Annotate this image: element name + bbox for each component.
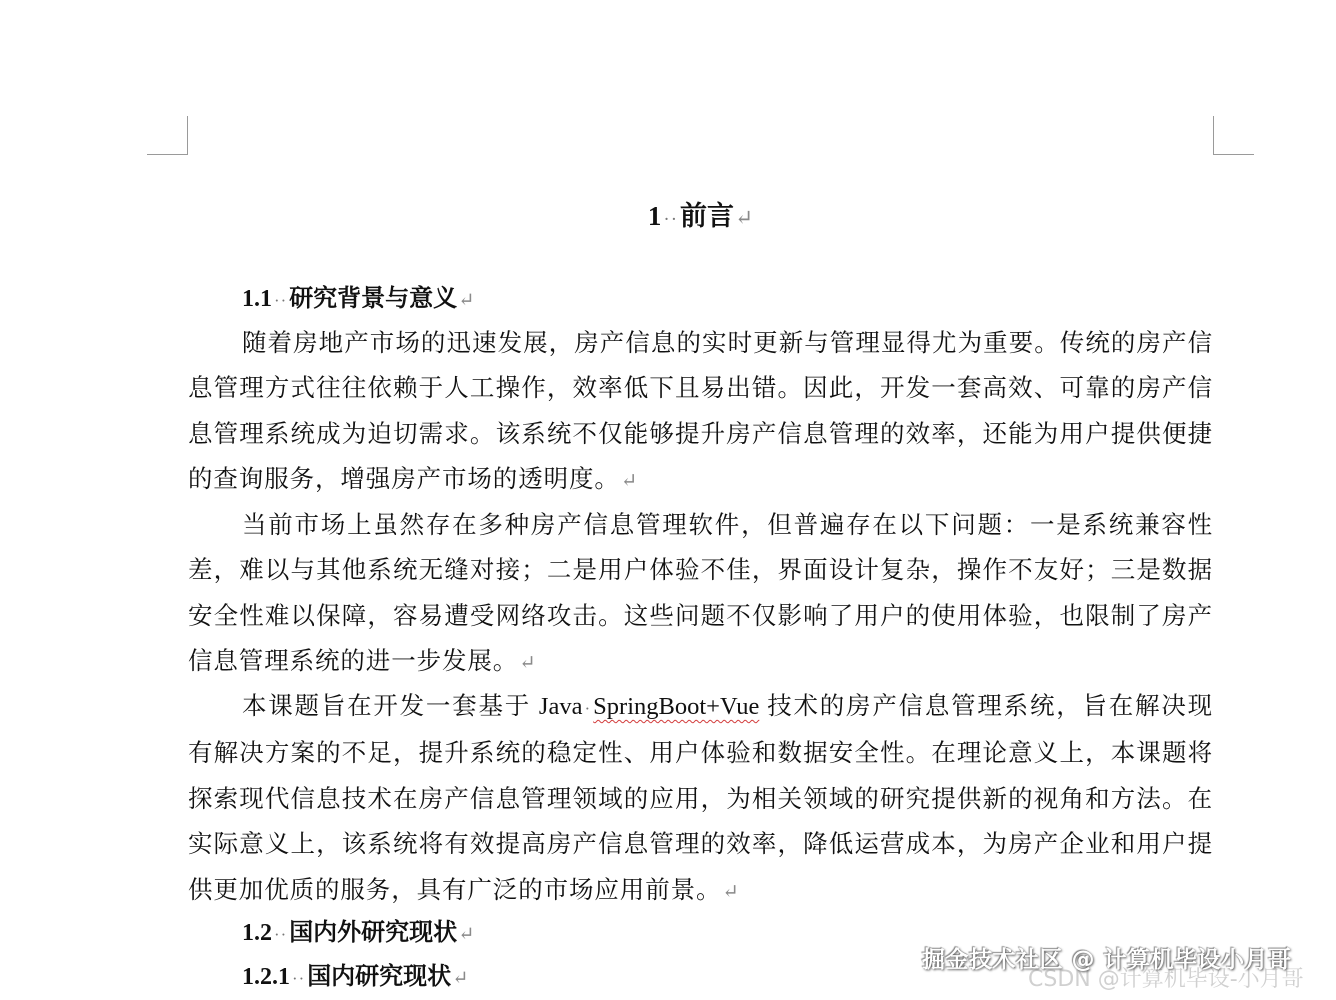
- section-number: 1.2.1: [242, 964, 290, 990]
- paragraph-return-icon: ↵: [621, 471, 638, 492]
- paragraph-text-before: 本课题旨在开发一套基于: [242, 693, 539, 720]
- paragraph-return-icon: ↵: [458, 924, 474, 945]
- section-title: 研究背景与意义: [289, 286, 457, 312]
- paragraph-return-icon: ↵: [722, 882, 739, 903]
- paragraph-return-icon: ↵: [458, 290, 474, 311]
- crop-mark-top-left: [147, 116, 188, 155]
- spellcheck-flagged-word[interactable]: SpringBoot+Vue: [593, 693, 759, 720]
- paragraph-text: 当前市场上虽然存在多种房产信息管理软件，但普遍存在以下问题：一是系统兼容性差，难…: [188, 512, 1213, 675]
- space-mark: ·: [584, 699, 591, 718]
- section-number: 1.1: [242, 286, 272, 312]
- paragraph-return-icon: ↵: [735, 206, 753, 230]
- space-marks: ··: [663, 209, 678, 230]
- body-paragraph-2[interactable]: 当前市场上虽然存在多种房产信息管理软件，但普遍存在以下问题：一是系统兼容性差，难…: [188, 503, 1213, 687]
- section-title: 国内研究现状: [307, 964, 451, 990]
- space-marks: ··: [274, 291, 287, 310]
- heading-section-1-2[interactable]: 1.2··国内外研究现状↵: [242, 916, 474, 952]
- section-title: 国内外研究现状: [289, 920, 457, 946]
- paragraph-text: 随着房地产市场的迅速发展，房产信息的实时更新与管理显得尤为重要。传统的房产信息管…: [188, 330, 1213, 493]
- body-paragraph-1[interactable]: 随着房地产市场的迅速发展，房产信息的实时更新与管理显得尤为重要。传统的房产信息管…: [188, 321, 1213, 505]
- heading-section-1-2-1[interactable]: 1.2.1··国内研究现状↵: [242, 960, 468, 996]
- heading-chapter-1[interactable]: 1··前言↵: [188, 196, 1213, 240]
- crop-mark-top-right: [1213, 116, 1254, 155]
- tech-java: Java: [539, 693, 583, 720]
- paragraph-return-icon: ↵: [519, 653, 536, 674]
- heading-title: 前言: [680, 201, 734, 231]
- space-marks: ··: [292, 969, 305, 988]
- heading-section-1-1[interactable]: 1.1··研究背景与意义↵: [242, 282, 474, 318]
- section-number: 1.2: [242, 920, 272, 946]
- paragraph-text-after: 技术的房产信息管理系统，旨在解决现有解决方案的不足，提升系统的稳定性、用户体验和…: [188, 693, 1213, 904]
- paragraph-return-icon: ↵: [452, 968, 468, 989]
- heading-number: 1: [648, 201, 662, 231]
- space-marks: ··: [274, 925, 287, 944]
- body-paragraph-3[interactable]: 本课题旨在开发一套基于 Java·SpringBoot+Vue 技术的房产信息管…: [188, 684, 1213, 915]
- watermark-juejin: 掘金技术社区 @ 计算机毕设小月哥: [922, 941, 1292, 974]
